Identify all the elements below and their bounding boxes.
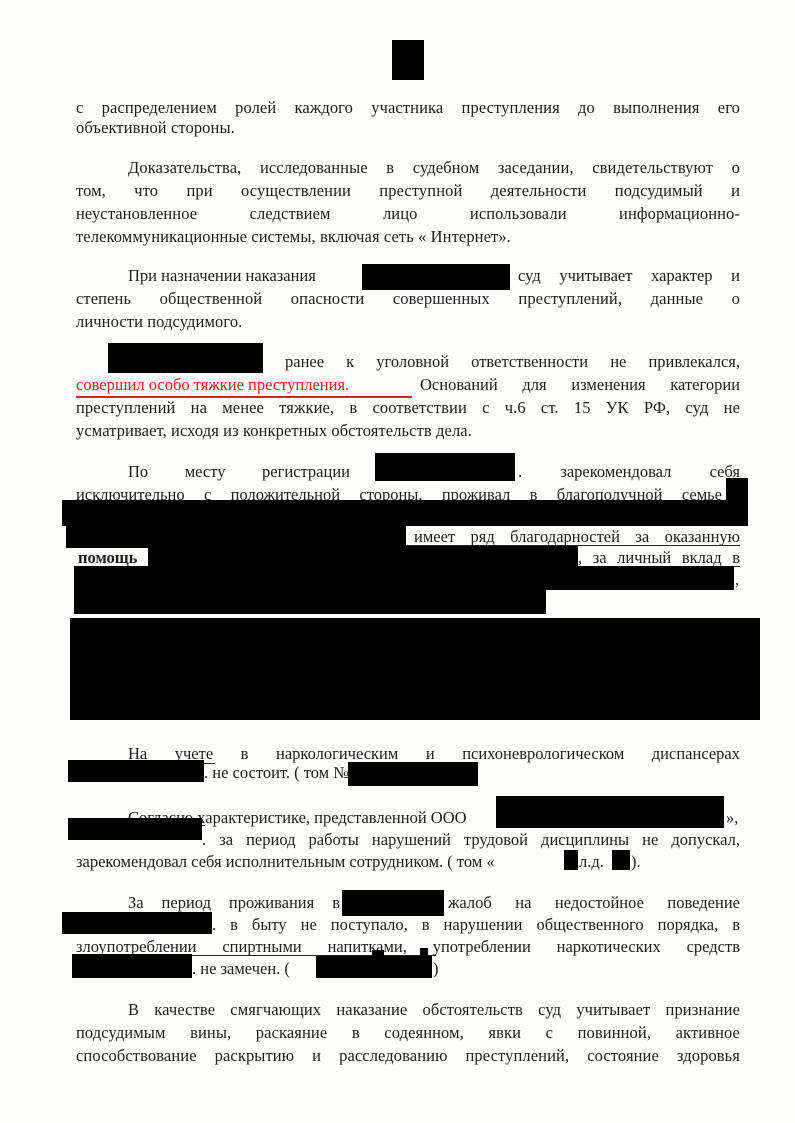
paragraph-text: ранее к уголовной ответственности не при…	[285, 352, 740, 372]
paragraph-line: том, что при осуществлении преступной де…	[76, 181, 740, 201]
paragraph-text: , за личный вклад в	[578, 548, 740, 568]
redaction-block	[726, 478, 748, 502]
paragraph-text: По месту регистрации	[128, 462, 350, 482]
redaction-block	[372, 950, 384, 958]
paragraph-text: имеет ряд благодарностей за оказанную	[414, 527, 740, 547]
paragraph-text: На учете в наркологическим и психоневрол…	[128, 744, 740, 764]
paragraph-text: За период проживания в	[128, 893, 340, 913]
paragraph-text: При назначении наказания	[128, 266, 316, 286]
redaction-large	[70, 618, 760, 720]
paragraph-text: зарекомендовал себя исполнительным сотру…	[76, 852, 495, 872]
redaction-block	[362, 264, 510, 290]
paragraph-line: объективной стороны.	[76, 118, 740, 138]
paragraph-text: помощь	[78, 548, 137, 568]
paragraph-text: суд учитывает характер и	[518, 266, 740, 286]
highlighted-text: совершил особо тяжкие преступления.	[76, 375, 349, 395]
paragraph-text: . не состоит. ( том №	[204, 763, 349, 783]
paragraph-text: Оснований для изменения категории	[420, 375, 740, 395]
paragraph-text: ).	[631, 852, 641, 872]
redaction-block	[348, 762, 478, 786]
redaction-block	[66, 526, 406, 548]
redaction-name	[72, 954, 192, 978]
paragraph-line: В качестве смягчающих наказание обстояте…	[128, 1000, 740, 1020]
paragraph-line: личности подсудимого.	[76, 312, 740, 332]
paragraph-text: . зарекомендовал себя	[518, 462, 740, 482]
redaction-block	[148, 546, 578, 568]
redaction-name	[62, 912, 212, 934]
paragraph-text: »,	[726, 808, 738, 828]
paragraph-line: неустановленное следствием лицо использо…	[76, 204, 740, 224]
paragraph-line: способствование раскрытию и расследовани…	[76, 1046, 740, 1066]
redaction-block	[420, 948, 428, 958]
redaction-block	[612, 850, 630, 870]
paragraph-text: )	[433, 959, 439, 979]
paragraph-line: с распределением ролей каждого участника…	[76, 98, 740, 118]
paragraph-line: Доказательства, исследованные в судебном…	[128, 158, 740, 178]
redaction-block	[375, 453, 515, 481]
redaction-block	[74, 590, 546, 614]
redaction-block	[74, 566, 734, 590]
paragraph-line: усматривает, исходя из конкретных обстоя…	[76, 421, 740, 441]
paragraph-line: степень общественной опасности совершенн…	[76, 289, 740, 309]
paragraph-text: ,	[735, 570, 739, 590]
document-page: с распределением ролей каждого участника…	[0, 0, 795, 1123]
paragraph-text: . не замечен. (	[192, 959, 290, 979]
redaction-page-number	[392, 40, 424, 80]
redaction-block	[564, 850, 578, 870]
redaction-block	[496, 796, 724, 828]
redaction-block	[342, 890, 444, 916]
redaction-name	[68, 760, 204, 782]
redaction-name	[68, 818, 202, 840]
paragraph-text: . в быту не поступало, в нарушении общес…	[212, 915, 740, 935]
paragraph-line: подсудимым вины, раскаяние в содеянном, …	[76, 1023, 740, 1043]
redaction-name	[108, 343, 263, 373]
paragraph-line: телекоммуникационные системы, включая се…	[76, 227, 740, 247]
paragraph-line: преступлений на менее тяжкие, в соответс…	[76, 398, 740, 418]
redaction-block	[316, 956, 432, 978]
redaction-block	[62, 500, 748, 526]
paragraph-text: жалоб на недостойное поведение	[448, 893, 740, 913]
paragraph-text: . за период работы нарушений трудовой ди…	[202, 830, 740, 850]
paragraph-text: л.д.	[579, 852, 604, 872]
